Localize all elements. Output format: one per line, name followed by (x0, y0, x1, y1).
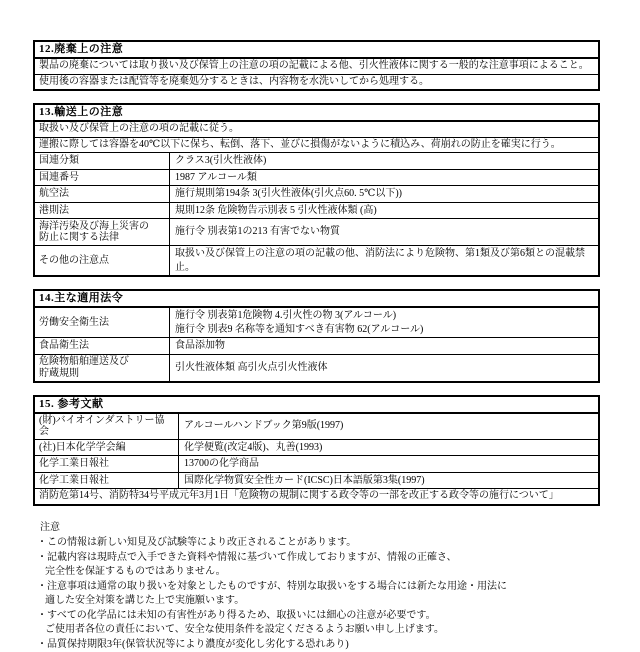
text-line: 危険物船舶運送及び (39, 356, 165, 368)
section-rows: 取扱い及び保管上の注意の項の記載に従う。運搬に際しては容器を40℃以下に保ち、転… (35, 122, 598, 152)
row-value: アルコールハンドブック第9版(1997) (179, 414, 598, 439)
table-row: 食品衛生法食品添加物 (35, 337, 598, 354)
note-line: ・この情報は新しい知見及び試験等により改正されることがあります。 (33, 536, 600, 551)
text-line: 食品衛生法 (39, 340, 165, 352)
section-disposal-precautions: 12.廃棄上の注意 製品の廃棄については取り扱い及び保管上の注意の項の記載による… (33, 40, 600, 91)
text-line: 労働安全衛生法 (39, 317, 165, 329)
row-value: 施行令 別表第1危険物 4.引火性の物 3(アルコール)施行令 別表9 名称等を… (170, 308, 598, 337)
text-line: 国連分類 (39, 155, 165, 167)
text-line: 国連番号 (39, 172, 165, 184)
row-value: 施行規則第194条 3(引火性液体(引火点60. 5℃以下)) (170, 186, 598, 202)
row-value: 引火性液体類 高引火点引火性液体 (170, 355, 598, 381)
note-line: ・記載内容は現時点で入手できた資料や情報に基づいて作成しておりますが、情報の正確… (33, 551, 600, 566)
note-line: 完全性を保証するものではありません。 (33, 565, 600, 580)
text-line: 引火性液体類 高引火点引火性液体 (175, 361, 593, 375)
row-label: 化学工業日報社 (35, 456, 179, 472)
table-row: 危険物船舶運送及び貯蔵規則引火性液体類 高引火点引火性液体 (35, 354, 598, 381)
section-title: 13.輸送上の注意 (35, 105, 598, 122)
table-row: 海洋汚染及び海上災害の防止に関する法律施行令 別表第1の213 有害でない物質 (35, 218, 598, 245)
section-title: 15. 参考文献 (35, 397, 598, 414)
text-line: 海洋汚染及び海上災害の (39, 221, 165, 233)
text-line: 施行令 別表第1の213 有害でない物質 (175, 225, 593, 239)
section-table: 労働安全衛生法施行令 別表第1危険物 4.引火性の物 3(アルコール)施行令 別… (35, 308, 598, 381)
notes-lines: ・この情報は新しい知見及び試験等により改正されることがあります。・記載内容は現時… (33, 536, 600, 600)
text-line: 規則12条 危険物告示別表 5 引火性液体類 (高) (175, 204, 593, 218)
text-line: 化学便覧(改定4版)、丸善(1993) (184, 441, 593, 455)
text-line: (社)日本化学学会編 (39, 442, 174, 454)
text-line: 国際化学物質安全性カード(ICSC)日本語版第3集(1997) (184, 474, 593, 488)
row-value: クラス3(引火性液体) (170, 153, 598, 169)
row-label: (社)日本化学学会編 (35, 440, 179, 456)
note-line: ・注意事項は通常の取り扱いを対象としたものですが、特別な取扱いをする場合には新た… (33, 580, 600, 595)
row-value: 食品添加物 (170, 338, 598, 354)
sds-document: 12.廃棄上の注意 製品の廃棄については取り扱い及び保管上の注意の項の記載による… (33, 40, 600, 600)
text-line: 13700の化学商品 (184, 457, 593, 471)
text-line: 貯蔵規則 (39, 368, 165, 380)
text-line: 1987 アルコール類 (175, 171, 593, 185)
section-title: 12.廃棄上の注意 (35, 42, 598, 59)
row-value: 取扱い及び保管上の注意の項の記載の他、消防法により危険物、第1類及び第6類との混… (170, 246, 598, 275)
row-value: 13700の化学商品 (179, 456, 598, 472)
row-label: 航空法 (35, 186, 170, 202)
text-line: 施行令 別表第1危険物 4.引火性の物 3(アルコール) (175, 309, 593, 323)
row-value: 1987 アルコール類 (170, 170, 598, 186)
section-table: (財)バイオインダストリー協会アルコールハンドブック第9版(1997)(社)日本… (35, 414, 598, 489)
text-line: 港則法 (39, 205, 165, 217)
row-label: 港則法 (35, 203, 170, 219)
text-line: アルコールハンドブック第9版(1997) (184, 419, 593, 433)
row-label: その他の注意点 (35, 246, 170, 275)
notes-heading: 注意 (33, 521, 600, 536)
row-label: 労働安全衛生法 (35, 308, 170, 337)
row-value: 化学便覧(改定4版)、丸善(1993) (179, 440, 598, 456)
text-line: (財)バイオインダストリー協会 (39, 415, 174, 438)
row-value: 施行令 別表第1の213 有害でない物質 (170, 219, 598, 245)
table-row: 労働安全衛生法施行令 別表第1危険物 4.引火性の物 3(アルコール)施行令 別… (35, 308, 598, 337)
note-line: 適した安全対策を講じた上で実施願います。 (33, 594, 600, 600)
table-row: 化学工業日報社13700の化学商品 (35, 455, 598, 472)
text-line: 施行規則第194条 3(引火性液体(引火点60. 5℃以下)) (175, 187, 593, 201)
table-row: 航空法施行規則第194条 3(引火性液体(引火点60. 5℃以下)) (35, 185, 598, 202)
table-row: 国連番号1987 アルコール類 (35, 169, 598, 186)
row-value: 規則12条 危険物告示別表 5 引火性液体類 (高) (170, 203, 598, 219)
table-row: 使用後の容器または配管等を廃棄処分するときは、内容物を水洗いしてから処理する。 (35, 74, 598, 90)
text-line: 化学工業日報社 (39, 475, 174, 487)
section-rows: 製品の廃棄については取り扱い及び保管上の注意の項の記載による他、引火性液体に関す… (35, 59, 598, 89)
table-row: (財)バイオインダストリー協会アルコールハンドブック第9版(1997) (35, 414, 598, 439)
table-row: 運搬に際しては容器を40℃以下に保ち、転倒、落下、並びに損傷がないように積込み、… (35, 137, 598, 153)
row-label: 国連番号 (35, 170, 170, 186)
section-references: 15. 参考文献 (財)バイオインダストリー協会アルコールハンドブック第9版(1… (33, 395, 600, 506)
row-label: (財)バイオインダストリー協会 (35, 414, 179, 439)
row-label: 国連分類 (35, 153, 170, 169)
table-row: 化学工業日報社国際化学物質安全性カード(ICSC)日本語版第3集(1997) (35, 472, 598, 489)
notes-block: 注意 ・この情報は新しい知見及び試験等により改正されることがあります。・記載内容… (33, 521, 600, 601)
table-row: その他の注意点取扱い及び保管上の注意の項の記載の他、消防法により危険物、第1類及… (35, 245, 598, 275)
text-line: クラス3(引火性液体) (175, 154, 593, 168)
table-row: (社)日本化学学会編化学便覧(改定4版)、丸善(1993) (35, 439, 598, 456)
table-row: 取扱い及び保管上の注意の項の記載に従う。 (35, 122, 598, 137)
row-label: 危険物船舶運送及び貯蔵規則 (35, 355, 170, 381)
text-line: 航空法 (39, 188, 165, 200)
text-line: 防止に関する法律 (39, 232, 165, 244)
table-row: 港則法規則12条 危険物告示別表 5 引火性液体類 (高) (35, 202, 598, 219)
row-label: 食品衛生法 (35, 338, 170, 354)
text-line: 取扱い及び保管上の注意の項の記載の他、消防法により危険物、第1類及び第6類との混… (175, 247, 593, 274)
section-table: 国連分類クラス3(引火性液体)国連番号1987 アルコール類航空法施行規則第19… (35, 152, 598, 275)
table-row: 消防危第14号、消防特34号平成元年3月1日「危険物の規制に関する政令等の一部を… (35, 488, 598, 504)
row-label: 化学工業日報社 (35, 473, 179, 489)
text-line: その他の注意点 (39, 255, 165, 267)
row-label: 海洋汚染及び海上災害の防止に関する法律 (35, 219, 170, 245)
section-title: 14.主な適用法令 (35, 291, 598, 308)
text-line: 食品添加物 (175, 339, 593, 353)
table-row: 国連分類クラス3(引火性液体) (35, 152, 598, 169)
section-transport-precautions: 13.輸送上の注意 取扱い及び保管上の注意の項の記載に従う。運搬に際しては容器を… (33, 103, 600, 277)
text-line: 化学工業日報社 (39, 458, 174, 470)
table-row: 製品の廃棄については取り扱い及び保管上の注意の項の記載による他、引火性液体に関す… (35, 59, 598, 74)
row-value: 国際化学物質安全性カード(ICSC)日本語版第3集(1997) (179, 473, 598, 489)
text-line: 施行令 別表9 名称等を通知すべき有害物 62(アルコール) (175, 323, 593, 337)
section-applicable-laws: 14.主な適用法令 労働安全衛生法施行令 別表第1危険物 4.引火性の物 3(ア… (33, 289, 600, 383)
